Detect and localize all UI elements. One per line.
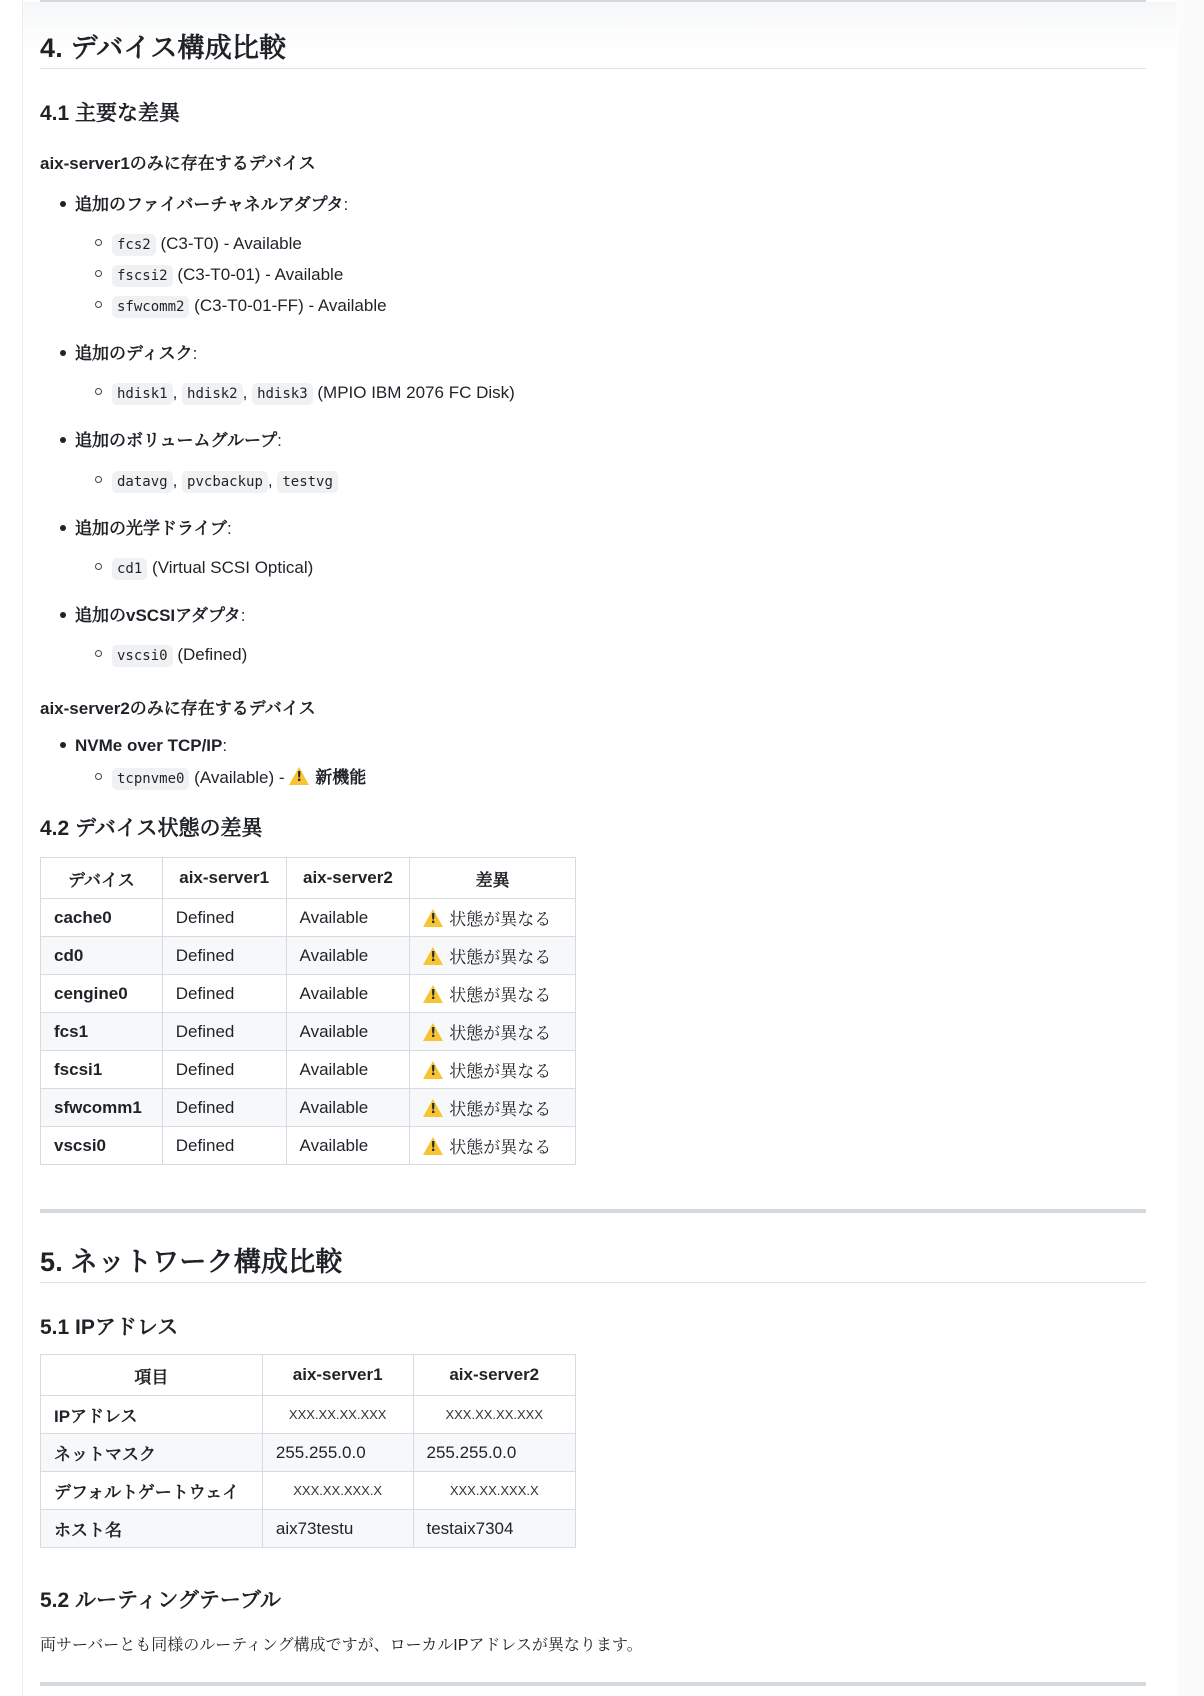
section-divider [40,1209,1146,1213]
warning-icon [423,909,443,927]
routing-description: 両サーバーとも同様のルーティング構成ですが、ローカルIPアドレスが異なります。 [40,1632,643,1655]
column-header: aix-server1 [162,858,286,899]
list-item: sfwcomm2 (C3-T0-01-FF) - Available [95,296,387,316]
list-item: datavg, pvcbackup, testvg [95,471,338,491]
list-item: cd1 (Virtual SCSI Optical) [95,558,313,578]
table-cell: Defined [162,1051,286,1089]
table-cell: Defined [162,1013,286,1051]
table-header-row: 項目 aix-server1 aix-server2 [41,1355,576,1396]
heading-underline [40,1282,1146,1283]
table-row: fscsi1 Defined Available 状態が異なる [41,1051,576,1089]
table-cell: 状態が異なる [410,975,576,1013]
code-device: vscsi0 [112,645,173,667]
warning-icon [423,1061,443,1079]
table-cell: デフォルトゲートウェイ [41,1472,263,1510]
table-cell: Available [286,937,410,975]
list-item-disks: 追加のディスク: [60,339,197,364]
column-header: 差異 [410,858,576,899]
table-row: cache0 Defined Available 状態が異なる [41,899,576,937]
table-cell: XXX.XX.XXX.X [262,1472,413,1510]
table-header-row: デバイス aix-server1 aix-server2 差異 [41,858,576,899]
list-item: tcpnvme0 (Available) - 新機能 [95,763,366,788]
table-cell: cd0 [41,937,163,975]
table-cell: cache0 [41,899,163,937]
section-5-2-heading: 5.2 ルーティングテーブル [40,1584,281,1614]
table-cell: Available [286,1127,410,1165]
table-row: IPアドレス XXX.XX.XX.XXX XXX.XX.XX.XXX [41,1396,576,1434]
table-row: ネットマスク 255.255.0.0 255.255.0.0 [41,1434,576,1472]
section-4-heading: 4. デバイス構成比較 [40,26,286,65]
table-cell: 状態が異なる [410,899,576,937]
table-cell: Defined [162,1127,286,1165]
code-device: datavg [112,471,173,493]
table-cell: IPアドレス [41,1396,263,1434]
list-item-fc-adapters: 追加のファイバーチャネルアダプタ: [60,190,348,215]
bullet-icon [60,201,66,207]
circle-bullet-icon [95,270,102,277]
table-cell: sfwcomm1 [41,1089,163,1127]
warning-icon [289,767,309,785]
warning-icon [423,947,443,965]
circle-bullet-icon [95,239,102,246]
table-cell: 255.255.0.0 [413,1434,576,1472]
table-cell: 状態が異なる [410,1051,576,1089]
circle-bullet-icon [95,773,102,780]
column-header: aix-server2 [413,1355,576,1396]
code-device: tcpnvme0 [112,768,189,790]
table-cell: testaix7304 [413,1510,576,1548]
code-device: testvg [277,471,338,493]
server2-only-label: aix-server2のみに存在するデバイス [40,694,316,719]
bullet-icon [60,612,66,618]
table-cell: 状態が異なる [410,1127,576,1165]
table-cell: XXX.XX.XX.XXX [262,1396,413,1434]
list-item: fscsi2 (C3-T0-01) - Available [95,265,343,285]
code-device: fcs2 [112,234,156,256]
table-cell: Available [286,899,410,937]
section-5-1-heading: 5.1 IPアドレス [40,1311,178,1341]
table-cell: Defined [162,1089,286,1127]
table-row: cengine0 Defined Available 状態が異なる [41,975,576,1013]
bullet-icon [60,742,66,748]
heading-underline [40,68,1146,69]
warning-icon [423,1023,443,1041]
code-device: hdisk1 [112,383,173,405]
table-cell: vscsi0 [41,1127,163,1165]
device-status-table: デバイス aix-server1 aix-server2 差異 cache0 D… [40,857,576,1165]
table-cell: cengine0 [41,975,163,1013]
list-item: vscsi0 (Defined) [95,645,247,665]
table-row: vscsi0 Defined Available 状態が異なる [41,1127,576,1165]
table-cell: Defined [162,975,286,1013]
circle-bullet-icon [95,388,102,395]
code-device: pvcbackup [182,471,268,493]
ip-address-table: 項目 aix-server1 aix-server2 IPアドレス XXX.XX… [40,1354,576,1548]
new-feature-badge: 新機能 [315,768,366,787]
code-device: hdisk2 [182,383,243,405]
circle-bullet-icon [95,563,102,570]
scrollbar-gutter[interactable] [1178,0,1204,1696]
table-cell: 255.255.0.0 [262,1434,413,1472]
table-cell: Defined [162,937,286,975]
code-device: fscsi2 [112,265,173,287]
list-item-volume-groups: 追加のボリュームグループ: [60,426,282,451]
list-item-optical-drive: 追加の光学ドライブ: [60,514,232,539]
table-row: cd0 Defined Available 状態が異なる [41,937,576,975]
warning-icon [423,985,443,1003]
list-item: fcs2 (C3-T0) - Available [95,234,302,254]
circle-bullet-icon [95,301,102,308]
table-cell: fcs1 [41,1013,163,1051]
table-cell: Available [286,975,410,1013]
table-cell: XXX.XX.XXX.X [413,1472,576,1510]
table-cell: fscsi1 [41,1051,163,1089]
table-cell: ホスト名 [41,1510,263,1548]
column-header: aix-server2 [286,858,410,899]
list-item-vscsi-adapter: 追加のvSCSIアダプタ: [60,601,246,626]
circle-bullet-icon [95,476,102,483]
section-5-heading: 5. ネットワーク構成比較 [40,1240,343,1279]
column-header: デバイス [41,858,163,899]
column-header: 項目 [41,1355,263,1396]
code-device: cd1 [112,558,147,580]
table-cell: ネットマスク [41,1434,263,1472]
warning-icon [423,1137,443,1155]
table-cell: Defined [162,899,286,937]
column-header: aix-server1 [262,1355,413,1396]
section-divider [40,1682,1146,1686]
table-cell: 状態が異なる [410,1089,576,1127]
circle-bullet-icon [95,650,102,657]
code-device: sfwcomm2 [112,296,189,318]
table-cell: aix73testu [262,1510,413,1548]
table-row: fcs1 Defined Available 状態が異なる [41,1013,576,1051]
table-row: sfwcomm1 Defined Available 状態が異なる [41,1089,576,1127]
table-cell: 状態が異なる [410,937,576,975]
table-row: ホスト名 aix73testu testaix7304 [41,1510,576,1548]
table-cell: Available [286,1013,410,1051]
table-cell: Available [286,1089,410,1127]
list-item: hdisk1, hdisk2, hdisk3 (MPIO IBM 2076 FC… [95,383,515,403]
code-device: hdisk3 [252,383,313,405]
table-row: デフォルトゲートウェイ XXX.XX.XXX.X XXX.XX.XXX.X [41,1472,576,1510]
section-4-1-heading: 4.1 主要な差異 [40,97,180,127]
warning-icon [423,1099,443,1117]
bullet-icon [60,350,66,356]
section-4-2-heading: 4.2 デバイス状態の差異 [40,812,263,842]
server1-only-label: aix-server1のみに存在するデバイス [40,149,316,174]
section-divider-top [40,0,1146,2]
bullet-icon [60,437,66,443]
table-cell: Available [286,1051,410,1089]
list-item-nvme: NVMe over TCP/IP: [60,736,227,756]
table-cell: 状態が異なる [410,1013,576,1051]
bullet-icon [60,525,66,531]
table-cell: XXX.XX.XX.XXX [413,1396,576,1434]
